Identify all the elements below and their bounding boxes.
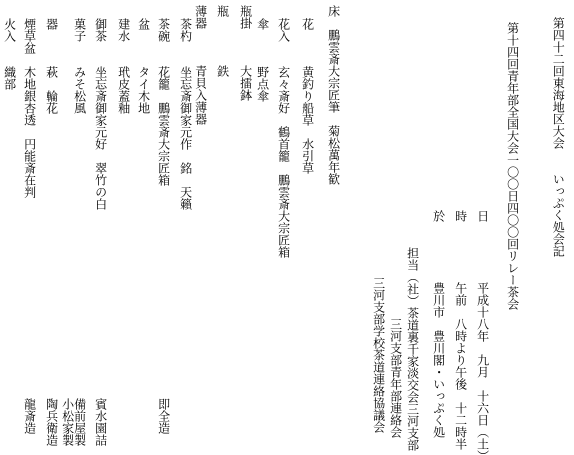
utensil-description: 鉄 <box>216 65 230 77</box>
maker-name: 龍斎造 <box>23 398 36 434</box>
utensil-column: 傘 野点傘 <box>256 18 269 102</box>
maker-name: 陶兵衛造 <box>45 398 58 446</box>
utensil-column: 茶碗 花籠 鵬雲斎大宗匠箱即全造 <box>157 18 170 186</box>
utensil-description: 青貝入薄器 <box>194 65 208 125</box>
utensil-label: 茶碗 <box>157 18 171 42</box>
utensil-description: 木地銀杏透 円能斎在判 <box>23 66 37 198</box>
utensil-column: 菓子 みそ松風備前屋製 <box>73 18 86 114</box>
utensil-column: 盆 タイ木地 <box>137 18 150 114</box>
utensil-label: 器 <box>45 18 59 30</box>
maker-name: 備前屋製 <box>73 398 86 446</box>
info-column: 時 午前 八時より午後 十二時半 <box>454 210 467 450</box>
info-value: 三河支部学校茶道連絡協議会 <box>372 277 386 433</box>
utensil-column: 床 鵬雲斎大宗匠筆 菊松萬年歓 <box>327 5 340 185</box>
utensil-gap <box>94 42 108 66</box>
utensil-description: 鵬雲斎大宗匠筆 菊松萬年歓 <box>327 29 341 185</box>
utensil-gap <box>277 42 291 66</box>
info-label: 日 <box>476 210 490 222</box>
utensil-label: 盆 <box>137 18 151 30</box>
utensil-column: 建水 玳皮蓋釉 <box>117 18 130 114</box>
utensil-label: 火入 <box>3 18 17 42</box>
utensil-description: 玳皮蓋釉 <box>117 66 131 114</box>
info-gap <box>432 222 446 282</box>
maker-name: 賓水園詰 <box>94 398 107 446</box>
utensil-column: 火入 織部 <box>3 18 16 90</box>
utensil-gap <box>239 29 253 65</box>
info-value: （社）茶道裏千家淡交会三河支部 <box>406 271 420 451</box>
utensil-label: 瓶掛 <box>239 5 253 29</box>
tea-gathering-record-document: 第四十二回東海地区大会 いっぷく処会記 第十四回青年部全国大会一〇〇日四〇〇回リ… <box>0 0 574 455</box>
document-subtitle: 第十四回青年部全国大会一〇〇日四〇〇回リレー茶会 <box>506 22 519 310</box>
info-value: 午前 八時より午後 十二時半 <box>454 282 468 450</box>
utensil-gap <box>137 30 151 66</box>
utensil-gap <box>45 30 59 66</box>
utensil-gap <box>3 42 17 66</box>
utensil-gap <box>117 42 131 66</box>
utensil-description: 織部 <box>3 66 17 90</box>
utensil-gap <box>73 42 87 66</box>
utensil-column: 薄器 青貝入薄器 <box>194 5 207 125</box>
info-value: 平成十八年 九月 十六日（土） <box>476 282 490 455</box>
utensil-gap <box>194 29 208 65</box>
utensil-description: 玄々斎好 鶴首籠 鵬雲斎大宗匠箱 <box>277 66 291 258</box>
info-value: 三河支部青年部連絡会 <box>389 318 403 438</box>
utensil-label: 傘 <box>256 18 270 30</box>
utensil-column: 瓶掛 大擂鉢 <box>239 5 252 101</box>
utensil-gap <box>179 42 193 66</box>
maker-name: 小松家製 <box>61 398 74 446</box>
utensil-label: 茶杓 <box>179 18 193 42</box>
info-label: 於 <box>432 210 446 222</box>
utensil-gap <box>157 42 171 66</box>
utensil-column: 花 黄釣り船草 水引草 <box>301 18 314 174</box>
utensil-description: 花籠 鵬雲斎大宗匠箱 <box>157 66 171 186</box>
utensil-gap <box>327 17 341 29</box>
utensil-column: 御茶 坐忘斎御家元好 翠竹の白賓水園詰 <box>94 18 107 210</box>
utensil-column: 茶杓 坐忘斎御家元作 銘 天籟 <box>179 18 192 210</box>
utensil-gap <box>23 54 37 66</box>
utensil-label: 御茶 <box>94 18 108 42</box>
maker-name: 即全造 <box>157 398 170 434</box>
utensil-description: 坐忘斎御家元作 銘 天籟 <box>179 66 193 210</box>
utensil-gap <box>256 30 270 66</box>
document-title: 第四十二回東海地区大会 いっぷく処会記 <box>539 5 574 257</box>
utensil-column: 瓶 鉄 <box>216 5 229 77</box>
info-label: 担当 <box>406 247 420 271</box>
title-gap <box>551 149 565 173</box>
info-column: 三河支部学校茶道連絡協議会 <box>372 277 385 433</box>
utensil-column: 器 萩 輪花陶兵衛造 <box>45 18 58 114</box>
info-label: 時 <box>454 210 468 222</box>
utensil-label: 薄器 <box>194 5 208 29</box>
utensil-column: 花入 玄々斎好 鶴首籠 鵬雲斎大宗匠箱 <box>277 18 290 258</box>
info-gap <box>476 222 490 282</box>
utensil-description: 坐忘斎御家元好 翠竹の白 <box>94 66 108 210</box>
utensil-label: 建水 <box>117 18 131 42</box>
utensil-description: タイ木地 <box>137 66 151 114</box>
utensil-gap <box>301 30 315 66</box>
info-column: 三河支部青年部連絡会 <box>389 318 402 438</box>
utensil-label: 花入 <box>277 18 291 42</box>
utensil-label: 床 <box>327 5 341 17</box>
info-column: 日 平成十八年 九月 十六日（土） <box>476 210 489 455</box>
utensil-label: 花 <box>301 18 315 30</box>
utensil-description: 萩 輪花 <box>45 66 59 114</box>
info-column: 担当（社）茶道裏千家淡交会三河支部 <box>406 247 419 451</box>
info-value: 豊川市 豊川閣・いっぷく処 <box>432 282 446 438</box>
utensil-label: 煙草盆 <box>23 18 37 54</box>
event-title-text: 第四十二回東海地区大会 <box>551 17 565 149</box>
utensil-column: 煙草盆 木地銀杏透 円能斎在判龍斎造 <box>23 18 36 198</box>
info-column: 於 豊川市 豊川閣・いっぷく処 <box>432 210 445 438</box>
utensil-description: 野点傘 <box>256 66 270 102</box>
utensil-description: みそ松風 <box>73 66 87 114</box>
utensil-description: 大擂鉢 <box>239 65 253 101</box>
utensil-description: 黄釣り船草 水引草 <box>301 66 315 174</box>
utensil-label: 瓶 <box>216 5 230 17</box>
utensil-label: 菓子 <box>73 18 87 42</box>
info-gap <box>454 222 468 282</box>
record-title-text: いっぷく処会記 <box>551 173 565 257</box>
utensil-gap <box>216 17 230 65</box>
